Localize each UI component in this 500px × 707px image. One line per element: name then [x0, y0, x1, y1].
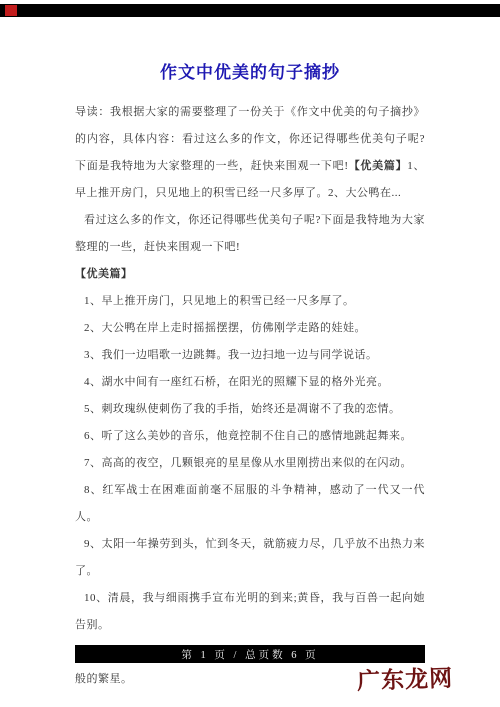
- sentence-item: 7、高高的夜空，几颗银亮的星星像从水里刚捞出来似的在闪动。: [75, 450, 425, 477]
- page-title: 作文中优美的句子摘抄: [0, 58, 500, 83]
- intro-section-tag: 【优美篇】: [349, 160, 408, 172]
- sentence-item: 8、红军战士在困难面前毫不屈服的斗争精神，感动了一代又一代人。: [75, 477, 425, 531]
- section-heading: 【优美篇】: [75, 261, 425, 288]
- sentence-item: 1、早上推开房门，只见地上的积雪已经一尺多厚了。: [75, 288, 425, 315]
- sentence-item: 10、清晨，我与细雨携手宣布光明的到来;黄昏，我与百兽一起向她告别。: [75, 585, 425, 639]
- sentence-item: 4、湖水中间有一座红石桥，在阳光的照耀下显的格外光亮。: [75, 369, 425, 396]
- footer-bar: 第 1 页 / 总页数 6 页: [75, 645, 425, 663]
- sentence-item: 6、听了这么美妙的音乐，他竟控制不住自己的感情地跳起舞来。: [75, 423, 425, 450]
- red-accent-square: [5, 5, 17, 16]
- sentence-item: 3、我们一边唱歌一边跳舞。我一边扫地一边与同学说话。: [75, 342, 425, 369]
- document-page: 作文中优美的句子摘抄 导读：我根据大家的需要整理了一份关于《作文中优美的句子摘抄…: [0, 0, 500, 707]
- watermark: 广东龙网: [356, 659, 472, 696]
- document-body: 导读：我根据大家的需要整理了一份关于《作文中优美的句子摘抄》的内容，具体内容：看…: [75, 99, 425, 693]
- sentence-item: 2、大公鸭在岸上走时摇摇摆摆，仿佛刚学走路的娃娃。: [75, 315, 425, 342]
- top-bar: [0, 4, 500, 17]
- page-indicator: 第 1 页 / 总页数 6 页: [181, 650, 318, 661]
- repeat-paragraph: 看过这么多的作文，你还记得哪些优美句子呢?下面是我特地为大家整理的一些，赶快来围…: [75, 207, 425, 261]
- sentence-item: 9、太阳一年操劳到头，忙到冬天，就筋疲力尽，几乎放不出热力来了。: [75, 531, 425, 585]
- intro-paragraph: 导读：我根据大家的需要整理了一份关于《作文中优美的句子摘抄》的内容，具体内容：看…: [75, 99, 425, 207]
- sentence-item: 5、刺玫瑰纵使刺伤了我的手指，始终还是凋谢不了我的恋情。: [75, 396, 425, 423]
